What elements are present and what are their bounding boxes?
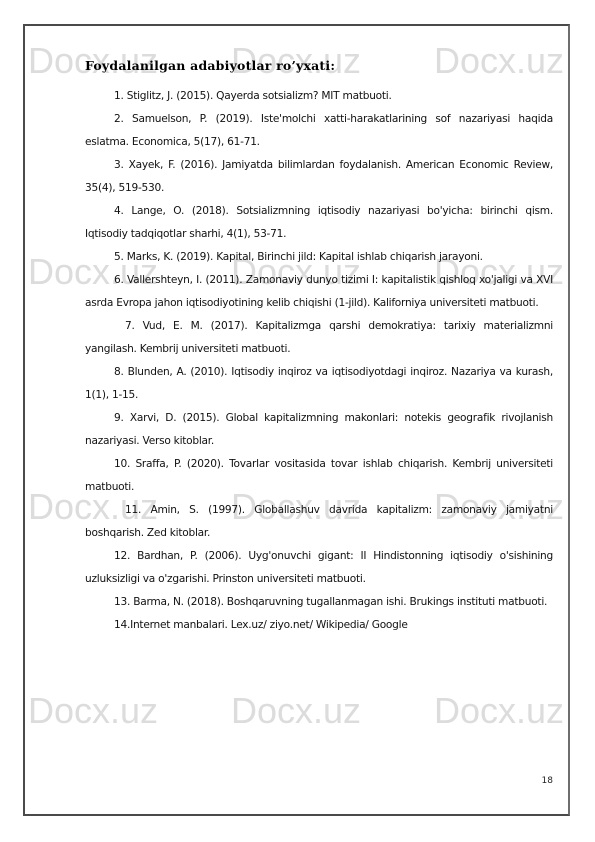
reference-item: 2. Samuelson, P. (2019). Iste'molchi xat…: [85, 108, 553, 154]
reference-item: 14.Internet manbalari. Lex.uz/ ziyo.net/…: [85, 614, 553, 637]
reference-item: 9. Xarvi, D. (2015). Global kapitalizmni…: [85, 407, 553, 453]
reference-item: 11. Amin, S. (1997). Globallashuv davrid…: [85, 499, 553, 545]
reference-item: 7. Vud, E. M. (2017). Kapitalizmga qarsh…: [85, 315, 553, 361]
reference-item: 1. Stiglitz, J. (2015). Qayerda sotsiali…: [85, 85, 553, 108]
reference-list: 1. Stiglitz, J. (2015). Qayerda sotsiali…: [85, 85, 553, 637]
reference-item: 12. Bardhan, P. (2006). Uyg'onuvchi giga…: [85, 545, 553, 591]
reference-item: 10. Sraffa, P. (2020). Tovarlar vositasi…: [85, 453, 553, 499]
page-number: 18: [542, 776, 553, 786]
page-title: Foydalanilgan adabiyotlar ro’yxati:: [85, 55, 553, 77]
reference-item: 13. Barma, N. (2018). Boshqaruvning tuga…: [85, 591, 553, 614]
reference-item: 5. Marks, K. (2019). Kapital, Birinchi j…: [85, 246, 553, 269]
reference-item: 4. Lange, O. (2018). Sotsializmning iqti…: [85, 200, 553, 246]
reference-item: 8. Blunden, A. (2010). Iqtisodiy inqiroz…: [85, 361, 553, 407]
document-body: Foydalanilgan adabiyotlar ro’yxati: 1. S…: [85, 55, 553, 637]
reference-item: 6. Vallershteyn, I. (2011). Zamonaviy du…: [85, 269, 553, 315]
reference-item: 3. Xayek, F. (2016). Jamiyatda bilimlard…: [85, 154, 553, 200]
